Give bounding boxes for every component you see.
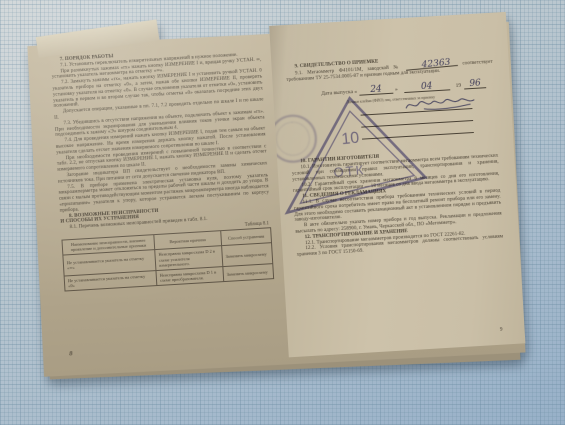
- left-page: 7. ПОРЯДОК РАБОТЫ 7.1. Установить перекл…: [21, 26, 289, 372]
- right-page: 9. СВИДЕТЕЛЬСТВО О ПРИЕМКЕ 9.1. Мегаомме…: [269, 12, 525, 357]
- otk-triangle-stamp: 10 ОТК: [272, 86, 433, 220]
- page-number-left: 8: [69, 350, 73, 357]
- page-number-right: 9: [500, 327, 503, 333]
- date-year-prefix: 19: [456, 83, 462, 90]
- stamp-number: 10: [341, 130, 360, 149]
- table-cell-cause-2: Неисправна микросхема D 1 в схеме преобр…: [156, 267, 224, 286]
- table-cell-remedy-2: Заменить микросхему: [223, 264, 274, 282]
- date-year-handwritten: 96: [464, 80, 486, 90]
- stamp-otk-text: ОТК: [333, 162, 366, 180]
- photo-of-open-manual: 7. ПОРЯДОК РАБОТЫ 7.1. Установить перекл…: [0, 0, 565, 425]
- booklet: 7. ПОРЯДОК РАБОТЫ 7.1. Установить перекл…: [21, 12, 526, 372]
- faults-table: Наименование неисправности, внешнее проя…: [61, 227, 274, 292]
